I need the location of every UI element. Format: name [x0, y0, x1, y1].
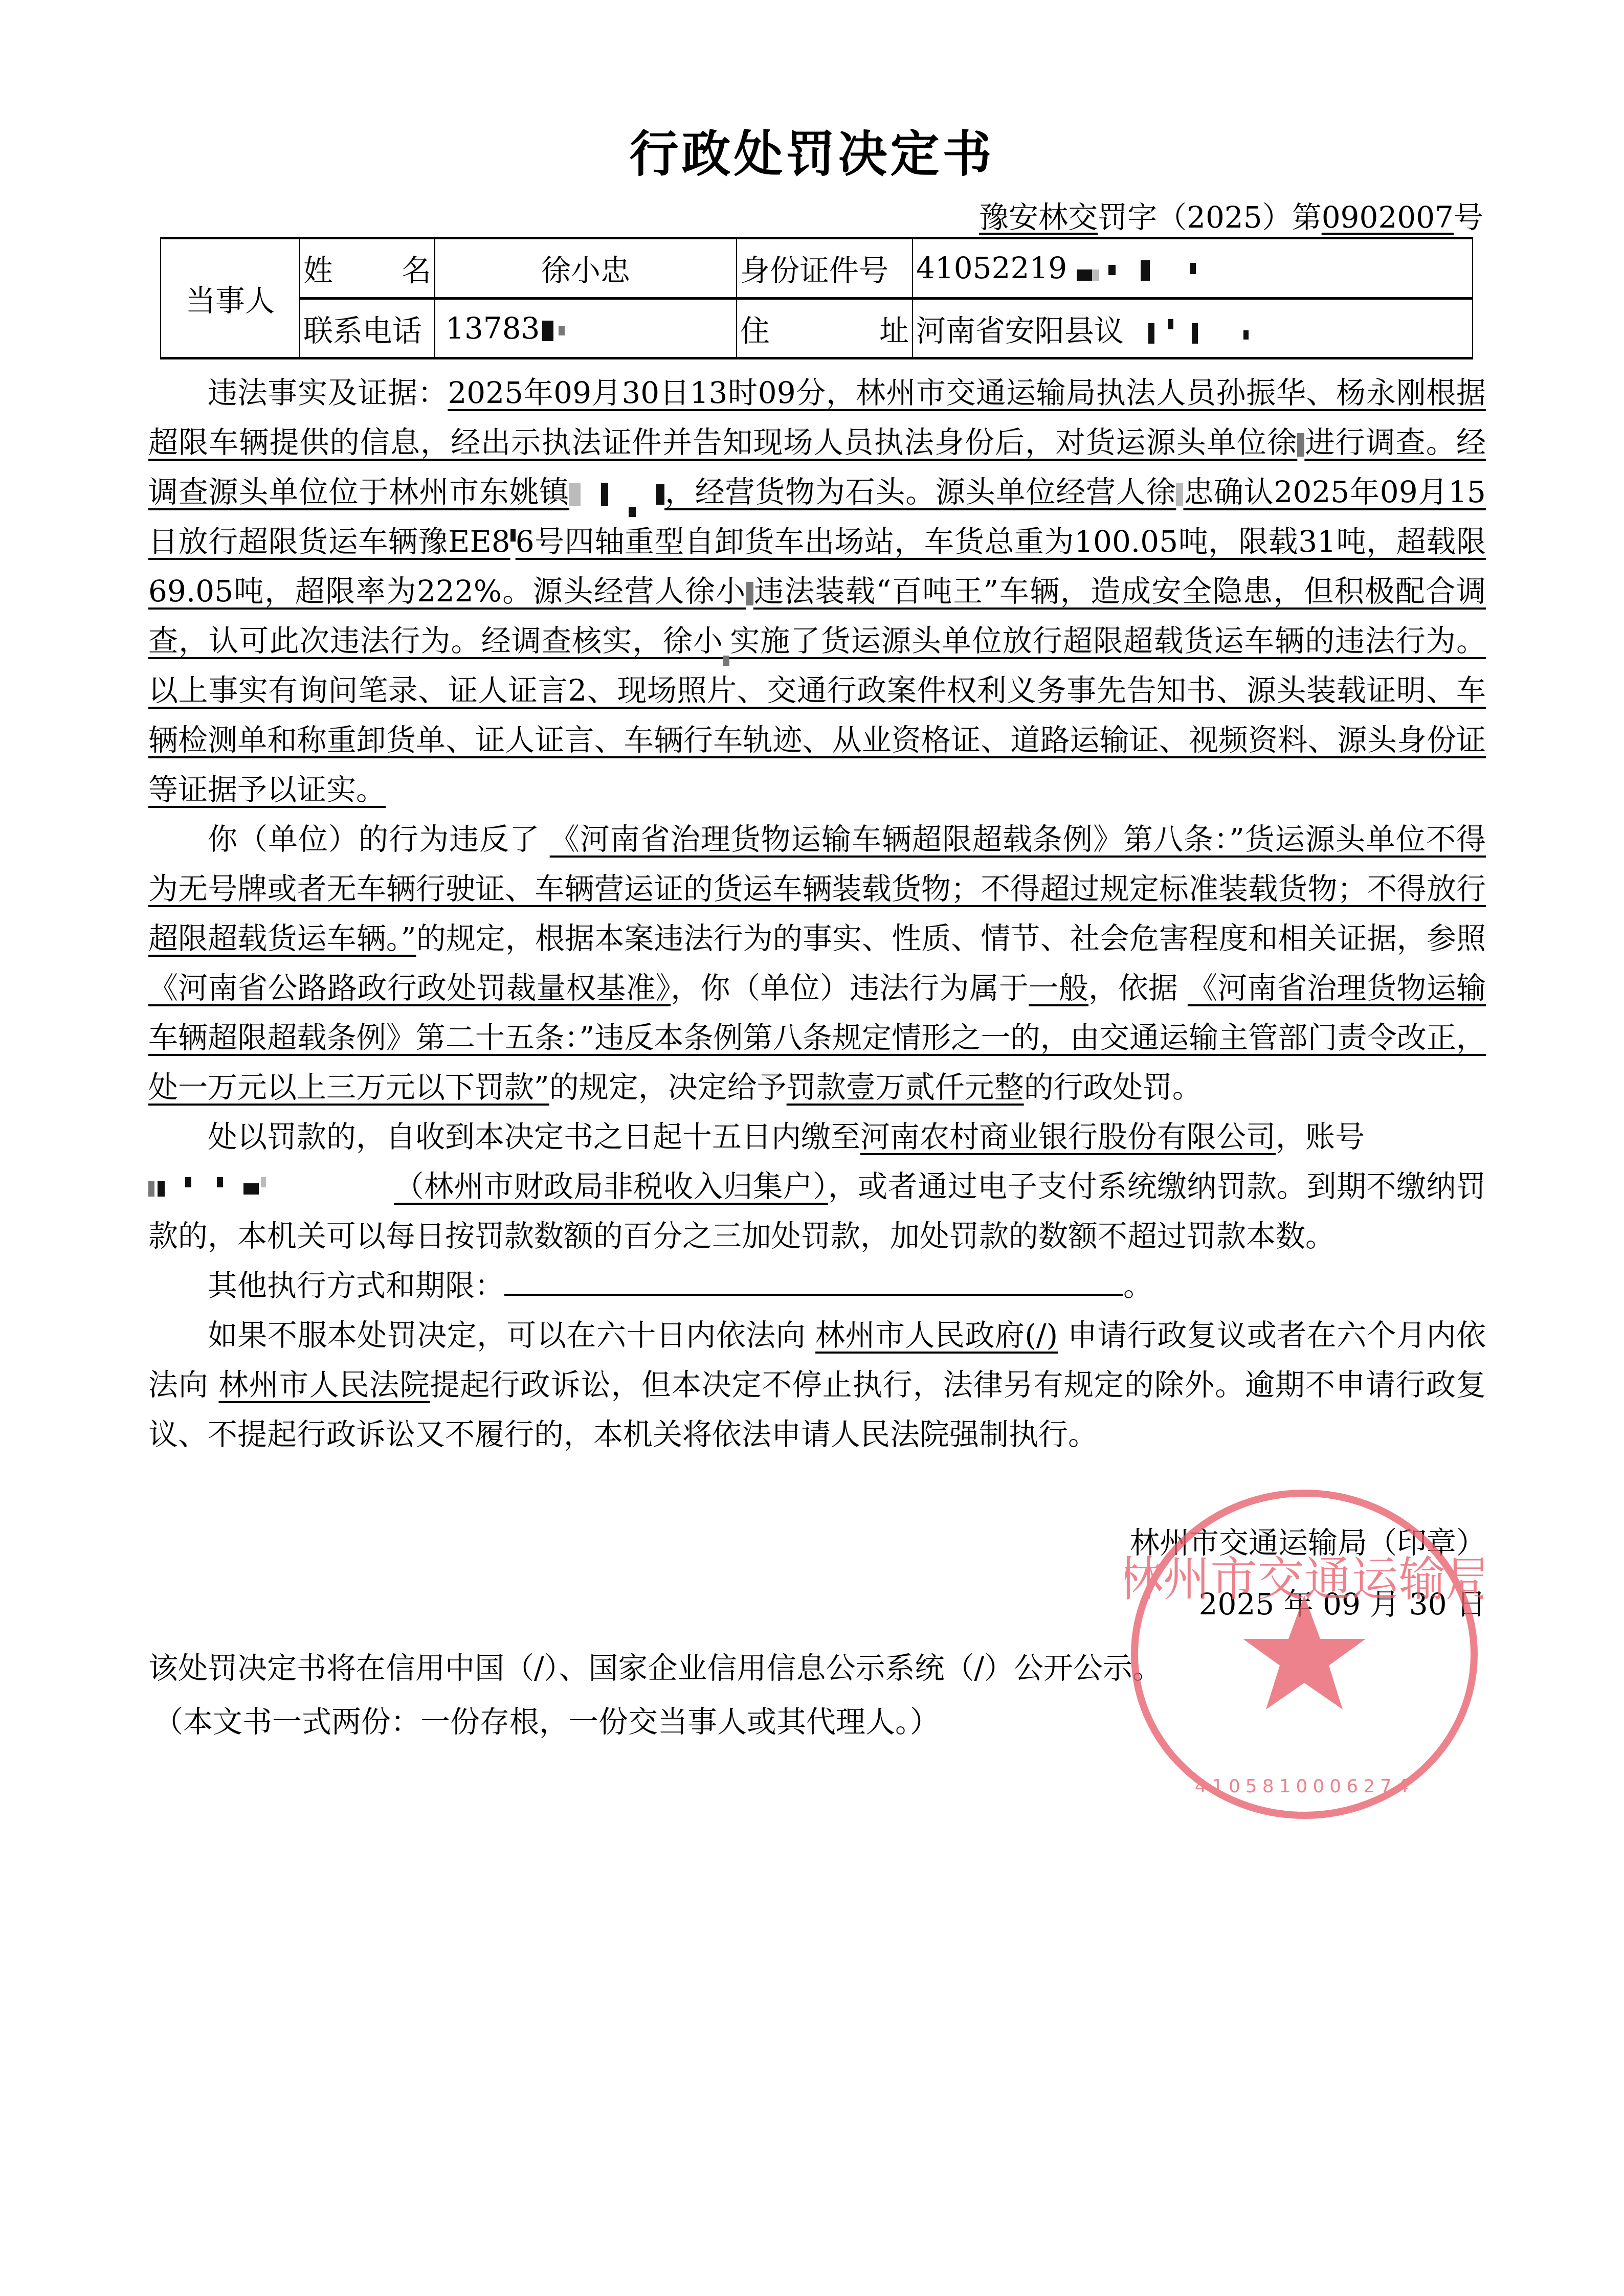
redaction-block: [569, 483, 581, 506]
account-holder: （林州市财政局非税收入归集户）: [394, 1169, 828, 1204]
id-number-label: 身份证件号: [737, 238, 913, 299]
redaction-block: [746, 582, 753, 605]
redaction-block: [510, 529, 516, 542]
payment-bank: 河南农村商业银行股份有限公司: [860, 1119, 1276, 1154]
case-number-value: 0902007: [1322, 200, 1454, 235]
name-label: 姓名: [300, 238, 435, 299]
redaction-block: [1108, 265, 1116, 275]
id-number-value: 41052219: [913, 238, 1473, 299]
violation-level: 一般: [1029, 971, 1088, 1005]
party-info-table: 当事人 姓名 徐小忠 身份证件号 41052219 联系电话 13783 住址 …: [160, 237, 1473, 359]
review-authority: 林州市人民政府(/): [815, 1318, 1058, 1353]
other-execution-blank: [504, 1264, 1123, 1296]
redaction-block: [1148, 323, 1154, 344]
discretion-standard-reference: 《河南省公路路政行政处罚裁量权基准》: [148, 971, 671, 1005]
issuing-authority: 林州市交通运输局（印章）: [1130, 1519, 1486, 1562]
phone-value: 13783: [435, 298, 737, 358]
document-body: 违法事实及证据：2025年09月30日13时09分，林州市交通运输局执法人员孙振…: [148, 368, 1486, 1459]
redaction-block: [1192, 323, 1198, 344]
case-number-prefix: 豫安林交: [979, 200, 1098, 235]
issue-date: 2025 年 09 月 30 日: [1199, 1580, 1486, 1623]
redaction-block: [629, 507, 636, 517]
address-label: 住址: [737, 298, 913, 358]
redaction-block: [1190, 263, 1196, 274]
account-number-redacted: [148, 1162, 394, 1211]
violation-paragraph: 你（单位）的行为违反了 《河南省治理货物运输车辆超限超载条例》第八条：”货运源头…: [148, 815, 1486, 1112]
case-number-middle: 罚字（2025）第: [1098, 200, 1322, 235]
redaction-block: [601, 483, 608, 506]
redaction-block: [1092, 269, 1099, 281]
payment-paragraph: 处以罚款的，自收到本决定书之日起十五日内缴至河南农村商业银行股份有限公司，账号 …: [148, 1112, 1486, 1261]
name-value: 徐小忠: [435, 238, 737, 299]
redaction-block: [1176, 483, 1183, 506]
phone-label: 联系电话: [300, 298, 435, 358]
redaction-block: [542, 321, 553, 341]
facts-paragraph: 违法事实及证据：2025年09月30日13时09分，林州市交通运输局执法人员孙振…: [148, 368, 1486, 815]
appeal-paragraph: 如果不服本处罚决定，可以在六十日内依法向 林州市人民政府(/) 申请行政复议或者…: [148, 1311, 1486, 1459]
document-title: 行政处罚决定书: [0, 115, 1624, 185]
case-number-suffix: 号: [1454, 200, 1483, 235]
copies-note: （本文书一式两份：一份存根，一份交当事人或其代理人。）: [153, 1698, 940, 1741]
svg-text:4105810006274: 4105810006274: [1195, 1776, 1414, 1797]
redaction-block: [723, 656, 729, 666]
redaction-block: [1168, 319, 1173, 329]
redaction-block: [1243, 330, 1249, 340]
party-role-label: 当事人: [161, 238, 300, 358]
redaction-block: [1077, 269, 1092, 281]
facts-lead: 违法事实及证据：: [208, 375, 448, 410]
publicity-notice: 该处罚决定书将在信用中国（/）、国家企业信用信息公示系统（/）公开公示。: [148, 1644, 1162, 1687]
case-number: 豫安林交罚字（2025）第0902007号: [979, 193, 1483, 236]
redaction-block: [1141, 260, 1150, 281]
redaction-block: [1297, 433, 1304, 457]
redaction-block: [559, 326, 565, 335]
address-value: 河南省安阳县议: [913, 298, 1473, 358]
other-execution-paragraph: 其他执行方式和期限：。: [148, 1261, 1486, 1311]
penalty-amount: 罚款壹万贰仟元整: [787, 1070, 1024, 1105]
litigation-court: 林州市人民法院: [218, 1367, 430, 1402]
redaction-block: [656, 484, 664, 505]
